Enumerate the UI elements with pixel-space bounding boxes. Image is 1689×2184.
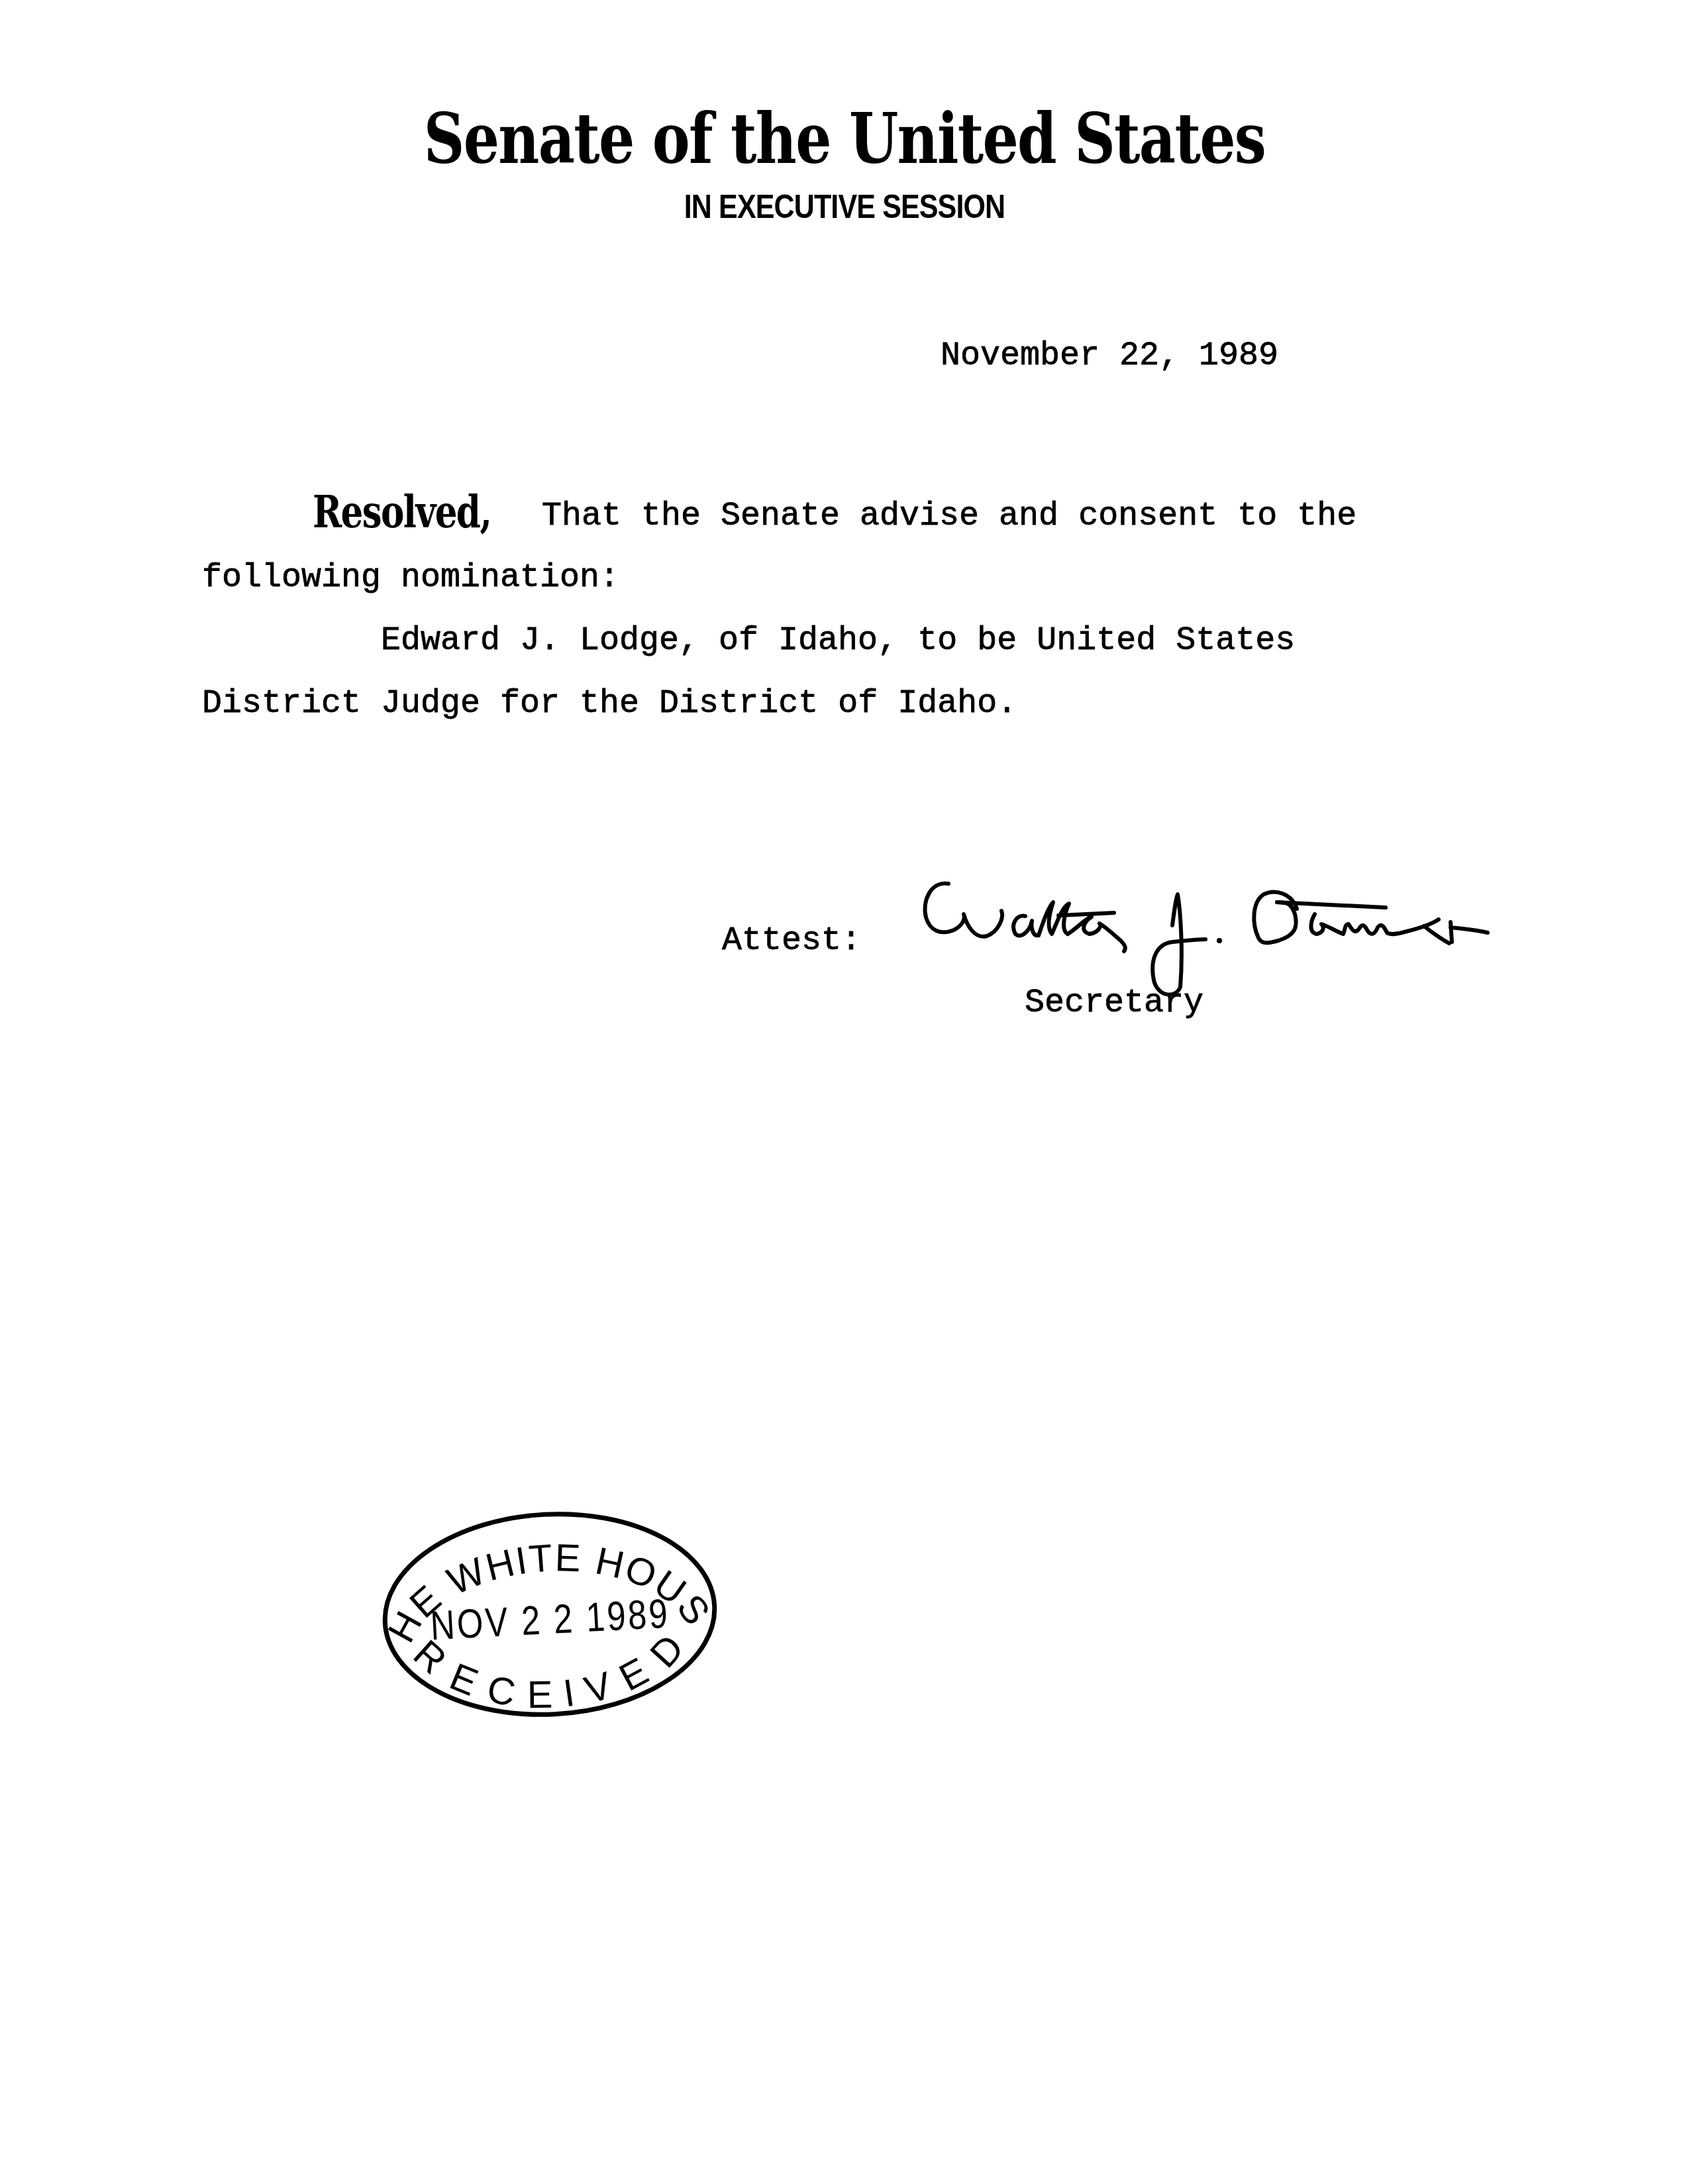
stamp-bottom-text: RECEIVED: [403, 1618, 701, 1724]
document-date: November 22, 1989: [941, 337, 1278, 376]
senate-masthead: Senate of the United States: [152, 99, 1537, 179]
stamp-date: NOV 2 2 1989: [429, 1591, 671, 1649]
nominee-line-2: District Judge for the District of Idaho…: [202, 684, 1017, 724]
resolved-lead-word: Resolved,: [313, 486, 491, 539]
white-house-received-stamp: THE WHITE HOUSE NOV 2 2 1989 RECEIVED: [0, 0, 725, 1746]
stamp-border: [380, 1506, 719, 1723]
signature: Walter J. Stewart: [925, 884, 1488, 995]
session-subheading: IN EXECUTIVE SESSION: [119, 188, 1571, 225]
attest-label: Attest:: [722, 921, 861, 961]
secretary-title: Secretary: [1025, 984, 1203, 1023]
nominee-line-1: Edward J. Lodge, of Idaho, to be United …: [381, 621, 1295, 661]
stamp-top-text: THE WHITE HOUSE: [0, 0, 721, 1672]
resolution-line-1: That the Senate advise and consent to th…: [542, 497, 1356, 537]
resolution-line-2: following nomination:: [202, 558, 619, 598]
